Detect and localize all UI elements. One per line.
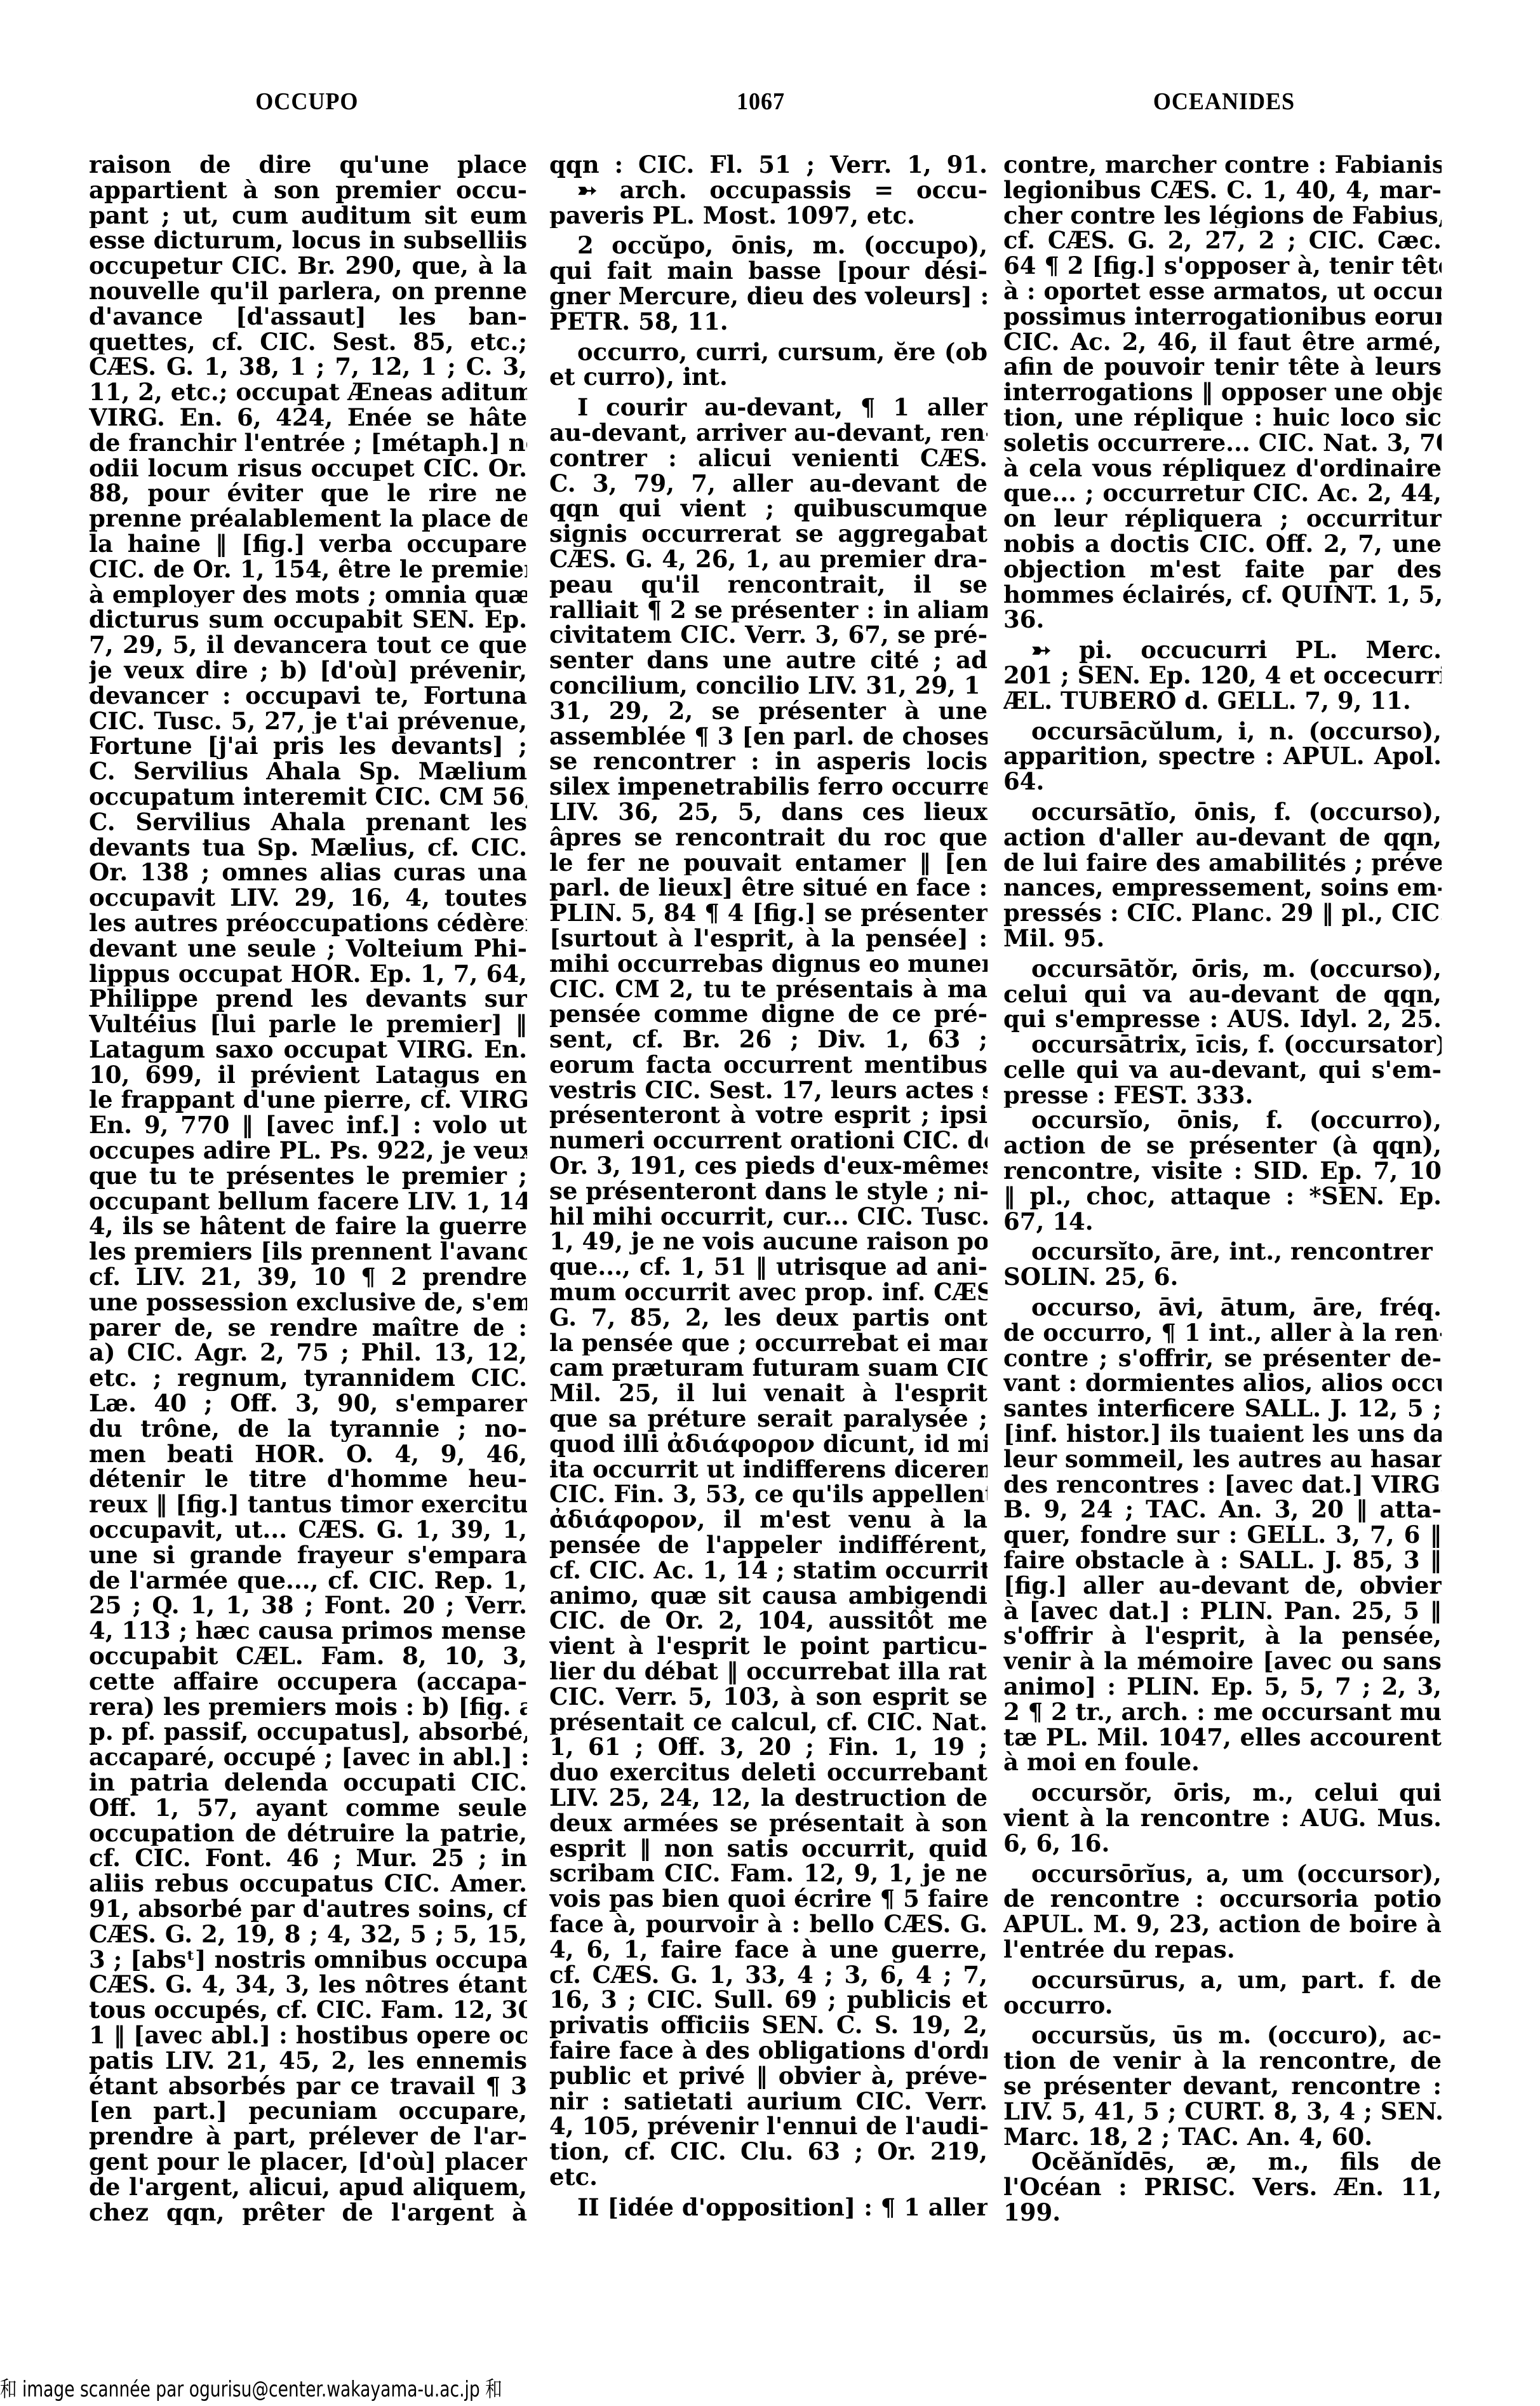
text-line: l'entrée du repas. xyxy=(1003,1937,1442,1963)
text-line: men beati HOR. O. 4, 9, 46, xyxy=(89,1442,527,1467)
text-line: Or. 3, 191, ces pieds d'eux-mêmes xyxy=(549,1153,988,1179)
text-line: qqn qui vient ; quibuscumque xyxy=(549,496,988,521)
text-line: des rencontres : [avec dat.] VIRG. xyxy=(1003,1472,1442,1498)
text-line: 199. xyxy=(1003,2200,1442,2226)
text-line: à [avec dat.] : PLIN. Pan. 25, 5 ‖ xyxy=(1003,1599,1442,1624)
text-line: [inf. histor.] ils tuaient les uns dans xyxy=(1003,1421,1442,1447)
text-line: la haine ‖ [fig.] verba occupare xyxy=(89,532,527,557)
text-line: APUL. M. 9, 23, action de boire à xyxy=(1003,1912,1442,1937)
page-header: OCCUPO 1067 OCEANIDES xyxy=(0,88,1540,126)
text-line: du trône, de la tyrannie ; no- xyxy=(89,1416,527,1442)
scan-credit: 和 image scannée par ogurisu@center.wakay… xyxy=(0,2372,502,2403)
text-line: santes interficere SALL. J. 12, 5 ; xyxy=(1003,1396,1442,1421)
text-line: Philippe prend les devants sur xyxy=(89,986,527,1012)
text-line: cher contre les légions de Fabius, xyxy=(1003,203,1442,229)
text-line: CÆS. G. 1, 38, 1 ; 7, 12, 1 ; C. 3, xyxy=(89,354,527,380)
text-line: esse dicturum, locus in subselliis xyxy=(89,228,527,253)
entry-headline: II [idée d'opposition] : ¶ 1 aller xyxy=(549,2195,988,2221)
text-line: 91, absorbé par d'autres soins, cf. xyxy=(89,1897,527,1922)
text-line: mum occurrit avec prop. inf. CÆS. xyxy=(549,1280,988,1305)
text-line: vois pas bien quoi écrire ¶ 5 faire xyxy=(549,1886,988,1912)
text-line: public et privé ‖ obvier à, préve- xyxy=(549,2064,988,2089)
text-line: occupes adire PL. Ps. 922, je veux xyxy=(89,1138,527,1164)
text-line: occupetur CIC. Br. 290, que, à la xyxy=(89,253,527,279)
text-line: prenne préalablement la place de xyxy=(89,506,527,532)
text-line: et curro), int. xyxy=(549,365,988,390)
text-line: CIC. Tusc. 5, 27, je t'ai prévenue, xyxy=(89,709,527,734)
text-line: se rencontrer : in asperis locis xyxy=(549,749,988,774)
page-number: 1067 xyxy=(737,88,785,116)
text-line: peau qu'il rencontrait, il se xyxy=(549,572,988,598)
entry-headline: I courir au-devant, ¶ 1 aller xyxy=(549,395,988,420)
text-line: quer, fondre sur : GELL. 3, 7, 6 ‖ xyxy=(1003,1522,1442,1548)
text-line: SOLIN. 25, 6. xyxy=(1003,1265,1442,1290)
text-line: reux ‖ [fig.] tantus timor exercitum xyxy=(89,1492,527,1517)
entry-headline: occursĭo, ōnis, f. (occurro), xyxy=(1003,1108,1442,1133)
text-line: cam præturam futuram suam CIC. xyxy=(549,1355,988,1381)
text-line: faire obstacle à : SALL. J. 85, 3 ‖ xyxy=(1003,1548,1442,1573)
text-line: pressés : CIC. Planc. 29 ‖ pl., CIC. xyxy=(1003,901,1442,926)
text-line: devancer : occupavi te, Fortuna xyxy=(89,683,527,709)
text-line: de lui faire des amabilités ; préve- xyxy=(1003,850,1442,876)
text-line: quod illi ἀδιάφορον dicunt, id mihi xyxy=(549,1432,988,1457)
text-line: que..., cf. 1, 51 ‖ utrisque ad ani- xyxy=(549,1254,988,1280)
text-line: accaparé, occupé ; [avec in abl.] : xyxy=(89,1745,527,1770)
text-line: duo exercitus deleti occurrebant xyxy=(549,1760,988,1785)
text-line: 1, 61 ; Off. 3, 20 ; Fin. 1, 19 ; xyxy=(549,1735,988,1760)
text-line: occupavit LIV. 29, 16, 4, toutes xyxy=(89,885,527,911)
text-line: VIRG. En. 6, 424, Enée se hâte xyxy=(89,405,527,431)
text-line: contre, marcher contre : Fabianis xyxy=(1003,152,1442,178)
column-2: qqn : CIC. Fl. 51 ; Verr. 1, 91.➳ arch. … xyxy=(549,152,988,2221)
text-line: celle qui va au-devant, qui s'em- xyxy=(1003,1058,1442,1083)
text-line: Mil. 25, il lui venait à l'esprit xyxy=(549,1381,988,1406)
text-line: hil mihi occurrit, cur... CIC. Tusc. xyxy=(549,1204,988,1230)
text-line: Latagum saxo occupat VIRG. En. xyxy=(89,1037,527,1063)
text-line: le frappant d'une pierre, cf. VIRG. xyxy=(89,1087,527,1113)
text-line: qqn : CIC. Fl. 51 ; Verr. 1, 91. xyxy=(549,152,988,178)
text-line: rencontre, visite : SID. Ep. 7, 10 xyxy=(1003,1159,1442,1184)
text-line: CIC. Fin. 3, 53, ce qu'ils appellent xyxy=(549,1482,988,1507)
text-line: C. Servilius Ahala Sp. Mælium xyxy=(89,759,527,784)
text-line: [surtout à l'esprit, à la pensée] : xyxy=(549,926,988,951)
text-line: se présenteront dans le style ; ni- xyxy=(549,1179,988,1204)
text-line: étant absorbés par ce travail ¶ 3 xyxy=(89,2074,527,2099)
text-line: soletis occurrere... CIC. Nat. 3, 70, xyxy=(1003,431,1442,456)
text-line: patis LIV. 21, 45, 2, les ennemis xyxy=(89,2048,527,2074)
text-line: occupavit, ut... CÆS. G. 1, 39, 1, xyxy=(89,1517,527,1543)
text-line: scribam CIC. Fam. 12, 9, 1, je ne xyxy=(549,1861,988,1886)
text-line: C. 3, 79, 7, aller au-devant de xyxy=(549,471,988,497)
text-line: LIV. 5, 41, 5 ; CURT. 8, 3, 4 ; SEN. xyxy=(1003,2099,1442,2125)
text-line: qui s'empresse : AUS. Idyl. 2, 25. xyxy=(1003,1007,1442,1032)
entry-headline: ➳ pi. occucurri PL. Merc. xyxy=(1003,638,1442,663)
text-line: raison de dire qu'une place xyxy=(89,152,527,178)
text-line: En. 9, 770 ‖ [avec inf.] : volo ut xyxy=(89,1113,527,1138)
text-line: 11, 2, etc.; occupat Æneas aditum xyxy=(89,380,527,405)
text-line: parer de, se rendre maître de : xyxy=(89,1315,527,1341)
text-line: de l'armée que..., cf. CIC. Rep. 1, xyxy=(89,1568,527,1594)
text-line: apparition, spectre : APUL. Apol. xyxy=(1003,744,1442,769)
text-line: 25 ; Q. 1, 1, 38 ; Font. 20 ; Verr. xyxy=(89,1593,527,1618)
text-line: [fig.] aller au-devant de, obvier xyxy=(1003,1573,1442,1599)
text-line: devant une seule ; Volteium Phi- xyxy=(89,936,527,962)
text-line: CIC. CM 2, tu te présentais à ma xyxy=(549,977,988,1002)
text-line: à employer des mots ; omnia quæ xyxy=(89,582,527,608)
text-line: CIC. de Or. 1, 154, être le premier xyxy=(89,557,527,582)
text-line: présentait ce calcul, cf. CIC. Nat. xyxy=(549,1710,988,1735)
text-line: nobis a doctis CIC. Off. 2, 7, une xyxy=(1003,532,1442,557)
text-line: 4, ils se hâtent de faire la guerre xyxy=(89,1214,527,1239)
text-line: PLIN. 5, 84 ¶ 4 [fig.] se présenter xyxy=(549,901,988,926)
text-line: de rencontre : occursoria potio xyxy=(1003,1886,1442,1912)
text-line: 10, 699, il prévient Latagus en xyxy=(89,1063,527,1088)
entry-headline: occurro, curri, cursum, ĕre (ob xyxy=(549,340,988,365)
text-line: 1 ‖ [avec abl.] : hostibus opere occu- xyxy=(89,2023,527,2048)
text-line: à cela vous répliquez d'ordinaire xyxy=(1003,456,1442,481)
text-line: occupant bellum facere LIV. 1, 14, xyxy=(89,1189,527,1214)
text-line: 31, 29, 2, se présenter à une xyxy=(549,699,988,724)
text-line: une si grande frayeur s'empara xyxy=(89,1543,527,1568)
text-line: tion, une réplique : huic loco sic xyxy=(1003,405,1442,431)
text-line: les autres préoccupations cédèrent xyxy=(89,911,527,936)
text-line: pensée de l'appeler indifférent, xyxy=(549,1533,988,1558)
text-line: face à, pourvoir à : bello CÆS. G. xyxy=(549,1912,988,1937)
text-line: contrer : alicui venienti CÆS. xyxy=(549,446,988,471)
text-line: CÆS. G. 4, 26, 1, au premier dra- xyxy=(549,547,988,572)
text-line: rera) les premiers mois : b) [fig. au xyxy=(89,1695,527,1720)
text-line: prendre à part, prélever de l'ar- xyxy=(89,2124,527,2149)
text-line: que sa préture serait paralysée ; xyxy=(549,1406,988,1432)
text-line: Or. 138 ; omnes alias curas una xyxy=(89,860,527,885)
text-line: devants tua Sp. Mælius, cf. CIC. xyxy=(89,835,527,861)
text-line: a) CIC. Agr. 2, 75 ; Phil. 13, 12, xyxy=(89,1340,527,1366)
text-line: silex impenetrabilis ferro occurrebat xyxy=(549,774,988,800)
text-line: 6, 6, 16. xyxy=(1003,1831,1442,1857)
text-line: Vultéius [lui parle le premier] ‖ xyxy=(89,1012,527,1037)
text-line: cf. CIC. Font. 46 ; Mur. 25 ; in xyxy=(89,1846,527,1871)
text-line: in patria delenda occupati CIC. xyxy=(89,1770,527,1796)
text-line: 67, 14. xyxy=(1003,1209,1442,1235)
text-line: nances, empressement, soins em- xyxy=(1003,875,1442,901)
text-line: que tu te présentes le premier ; xyxy=(89,1164,527,1189)
text-line: de l'argent, alicui, apud aliquem, xyxy=(89,2175,527,2200)
text-line: PETR. 58, 11. xyxy=(549,309,988,335)
text-line: presse : FEST. 333. xyxy=(1003,1083,1442,1108)
entry-headline: Ocĕănĭdēs, æ, m., fils de xyxy=(1003,2149,1442,2175)
text-line: possimus interrogationibus eorum xyxy=(1003,304,1442,330)
text-line: cf. CÆS. G. 1, 33, 4 ; 3, 6, 4 ; 7, xyxy=(549,1963,988,1988)
text-line: je veux dire ; b) [d'où] prévenir, xyxy=(89,658,527,683)
text-line: le fer ne pouvait entamer ‖ [en xyxy=(549,850,988,876)
text-line: ἀδιάφορον, il m'est venu à la xyxy=(549,1507,988,1533)
text-line: civitatem CIC. Verr. 3, 67, se pré- xyxy=(549,622,988,648)
text-line: tion de venir à la rencontre, de xyxy=(1003,2048,1442,2074)
text-line: une possession exclusive de, s'em- xyxy=(89,1290,527,1315)
text-line: lippus occupat HOR. Ep. 1, 7, 64, xyxy=(89,962,527,987)
text-line: eorum facta occurrent mentibus xyxy=(549,1052,988,1078)
text-line: vestris CIC. Sest. 17, leurs actes se xyxy=(549,1078,988,1103)
text-line: G. 7, 85, 2, les deux partis ont xyxy=(549,1305,988,1331)
text-line: occurro. xyxy=(1003,1993,1442,2019)
text-line: etc. xyxy=(549,2165,988,2190)
text-line: Marc. 18, 2 ; TAC. An. 4, 60. xyxy=(1003,2125,1442,2150)
text-line: LIV. 25, 24, 12, la destruction de xyxy=(549,1785,988,1811)
entry-headline: occurso, āvi, ātum, āre, fréq. xyxy=(1003,1295,1442,1321)
text-line: contre ; s'offrir, se présenter de- xyxy=(1003,1346,1442,1371)
text-line: CIC. de Or. 2, 104, aussitôt me xyxy=(549,1608,988,1634)
text-line: parl. de lieux] être situé en face : xyxy=(549,875,988,901)
text-line: vant : dormientes alios, alios occur- xyxy=(1003,1371,1442,1396)
text-line: les premiers [ils prennent l'avance], xyxy=(89,1239,527,1265)
entry-headline: ➳ arch. occupassis = occu- xyxy=(549,178,988,203)
text-line: animo] : PLIN. Ep. 5, 5, 7 ; 2, 3, xyxy=(1003,1674,1442,1700)
text-line: occupatum interemit CIC. CM 56, xyxy=(89,784,527,810)
entry-headline: occursātrix, īcis, f. (occursator), xyxy=(1003,1032,1442,1058)
text-line: B. 9, 24 ; TAC. An. 3, 20 ‖ atta- xyxy=(1003,1497,1442,1522)
left-guide-word: OCCUPO xyxy=(255,88,358,116)
entry-headline: 2 occŭpo, ōnis, m. (occupo), xyxy=(549,233,988,259)
text-line: chez qqn, prêter de l'argent à xyxy=(89,2200,527,2226)
text-line: 7, 29, 5, il devancera tout ce que xyxy=(89,633,527,658)
text-line: d'avance [d'assaut] les ban- xyxy=(89,304,527,330)
text-line: cf. CÆS. G. 2, 27, 2 ; CIC. Cæc. xyxy=(1003,228,1442,253)
text-line: détenir le titre d'homme heu- xyxy=(89,1467,527,1492)
text-line: gent pour le placer, [d'où] placer xyxy=(89,2149,527,2175)
text-line: quettes, cf. CIC. Sest. 85, etc.; xyxy=(89,330,527,355)
text-line: celui qui va au-devant de qqn, xyxy=(1003,982,1442,1007)
text-line: 1, 49, je ne vois aucune raison pour xyxy=(549,1229,988,1254)
text-line: 16, 3 ; CIC. Sull. 69 ; publicis et xyxy=(549,1987,988,2013)
text-line: tion, cf. CIC. Clu. 63 ; Or. 219, xyxy=(549,2139,988,2165)
text-line: de occurro, ¶ 1 int., aller à la ren- xyxy=(1003,1321,1442,1346)
text-line: 36. xyxy=(1003,607,1442,633)
text-line: legionibus CÆS. C. 1, 40, 4, mar- xyxy=(1003,178,1442,203)
text-line: qui fait main basse [pour dési- xyxy=(549,259,988,284)
column-3: contre, marcher contre : Fabianislegioni… xyxy=(1003,152,1442,2226)
text-line: à moi en foule. xyxy=(1003,1750,1442,1775)
text-line: ita occurrit ut indifferens dicerem xyxy=(549,1457,988,1482)
text-line: s'offrir à l'esprit, à la pensée, xyxy=(1003,1623,1442,1649)
text-line: CÆS. G. 2, 19, 8 ; 4, 32, 5 ; 5, 15, xyxy=(89,1922,527,1947)
text-line: cette affaire occupera (accapa- xyxy=(89,1669,527,1695)
text-line: cf. CIC. Ac. 1, 14 ; statim occurrit xyxy=(549,1558,988,1583)
text-line: dicturus sum occupabit SEN. Ep. xyxy=(89,607,527,633)
text-line: 88, pour éviter que le rire ne xyxy=(89,481,527,506)
text-line: vient à l'esprit le point particu- xyxy=(549,1634,988,1659)
text-line: aliis rebus occupatus CIC. Amer. xyxy=(89,1871,527,1897)
text-line: animo, quæ sit causa ambigendi xyxy=(549,1583,988,1609)
text-line: Mil. 95. xyxy=(1003,926,1442,951)
text-line: 3 ; [absᵗ] nostris omnibus occupatis xyxy=(89,1947,527,1973)
text-line: 4, 6, 1, faire face à une guerre, xyxy=(549,1937,988,1963)
text-line: CIC. Verr. 5, 103, à son esprit se xyxy=(549,1684,988,1710)
text-line: odii locum risus occupet CIC. Or. xyxy=(89,456,527,481)
text-line: objection m'est faite par des xyxy=(1003,557,1442,582)
text-line: 4, 105, prévenir l'ennui de l'audi- xyxy=(549,2114,988,2139)
text-line: tous occupés, cf. CIC. Fam. 12, 30, xyxy=(89,1998,527,2023)
text-line: Læ. 40 ; Off. 3, 90, s'emparer xyxy=(89,1391,527,1416)
text-line: 2 ¶ 2 tr., arch. : me occursant mul- xyxy=(1003,1700,1442,1725)
text-line: nouvelle qu'il parlera, on prenne xyxy=(89,279,527,304)
text-line: faire face à des obligations d'ordre xyxy=(549,2038,988,2064)
text-line: privatis officiis SEN. C. S. 19, 2, xyxy=(549,2013,988,2038)
text-line: 64 ¶ 2 [fig.] s'opposer à, tenir tête xyxy=(1003,253,1442,279)
text-line: venir à la mémoire [avec ou sans xyxy=(1003,1649,1442,1674)
text-line: mihi occurrebas dignus eo munere xyxy=(549,951,988,977)
entry-headline: occursŭs, ūs m. (occuro), ac- xyxy=(1003,2023,1442,2048)
text-line: gner Mercure, dieu des voleurs] : xyxy=(549,284,988,309)
text-line: leur sommeil, les autres au hasard xyxy=(1003,1447,1442,1472)
text-line: esprit ‖ non satis occurrit, quid xyxy=(549,1836,988,1862)
text-line: la pensée que ; occurrebat ei man- xyxy=(549,1331,988,1356)
text-line: LIV. 36, 25, 5, dans ces lieux xyxy=(549,800,988,825)
text-line: tæ PL. Mil. 1047, elles accourent xyxy=(1003,1725,1442,1751)
text-line: senter dans une autre cité ; ad xyxy=(549,648,988,673)
text-line: pensée comme digne de ce pré- xyxy=(549,1002,988,1027)
text-line: numeri occurrent orationi CIC. de xyxy=(549,1128,988,1153)
text-line: etc. ; regnum, tyrannidem CIC. xyxy=(89,1366,527,1391)
text-line: 64. xyxy=(1003,769,1442,795)
text-line: sent, cf. Br. 26 ; Div. 1, 63 ; xyxy=(549,1027,988,1052)
text-line: paveris PL. Most. 1097, etc. xyxy=(549,203,988,229)
text-line: assemblée ¶ 3 [en parl. de choses] xyxy=(549,724,988,749)
text-line: âpres se rencontrait du roc que xyxy=(549,825,988,850)
entry-headline: occursācŭlum, i, n. (occurso), xyxy=(1003,719,1442,744)
text-line: se présenter devant, rencontre : xyxy=(1003,2074,1442,2099)
text-line: l'Océan : PRISC. Vers. Æn. 11, xyxy=(1003,2175,1442,2200)
text-line: CÆS. G. 4, 34, 3, les nôtres étant xyxy=(89,1972,527,1998)
entry-headline: occursūrus, a, um, part. f. de xyxy=(1003,1968,1442,1993)
text-line: cf. LIV. 21, 39, 10 ¶ 2 prendre xyxy=(89,1265,527,1290)
text-line: Fortune [j'ai pris les devants] ; xyxy=(89,734,527,759)
text-line: ‖ pl., choc, attaque : *SEN. Ep. xyxy=(1003,1184,1442,1209)
text-line: vient à la rencontre : AUG. Mus. xyxy=(1003,1806,1442,1831)
text-line: que... ; occurretur CIC. Ac. 2, 44, xyxy=(1003,481,1442,506)
text-line: au-devant, arriver au-devant, ren- xyxy=(549,420,988,446)
text-line: occupation de détruire la patrie, xyxy=(89,1821,527,1846)
text-line: C. Servilius Ahala prenant les xyxy=(89,810,527,835)
text-line: signis occurrerat se aggregabat xyxy=(549,521,988,547)
text-line: concilium, concilio LIV. 31, 29, 1 ; xyxy=(549,673,988,699)
text-line: p. pf. passif, occupatus], absorbé, xyxy=(89,1719,527,1745)
text-line: interrogations ‖ opposer une objec- xyxy=(1003,380,1442,405)
text-line: 4, 113 ; hæc causa primos menses xyxy=(89,1618,527,1644)
text-line: occupabit CÆL. Fam. 8, 10, 3, xyxy=(89,1644,527,1669)
entry-headline: occursōrĭus, a, um (occursor), xyxy=(1003,1862,1442,1887)
text-line: ralliait ¶ 2 se présenter : in aliam xyxy=(549,598,988,623)
text-line: deux armées se présentait à son xyxy=(549,1811,988,1836)
text-line: hommes éclairés, cf. QUINT. 1, 5, xyxy=(1003,582,1442,608)
text-line: appartient à son premier occu- xyxy=(89,178,527,203)
text-line: action de se présenter (à qqn), xyxy=(1003,1133,1442,1159)
entry-headline: occursĭto, āre, int., rencontrer : xyxy=(1003,1239,1442,1265)
entry-headline: occursŏr, ōris, m., celui qui xyxy=(1003,1780,1442,1806)
text-line: présenteront à votre esprit ; ipsi xyxy=(549,1103,988,1128)
text-line: pant ; ut, cum auditum sit eum xyxy=(89,203,527,229)
column-1: raison de dire qu'une placeappartient à … xyxy=(89,152,527,2225)
text-line: à : oportet esse armatos, ut occurrere xyxy=(1003,279,1442,304)
text-line: ÆL. TUBERO d. GELL. 7, 9, 11. xyxy=(1003,689,1442,714)
entry-headline: occursātĭo, ōnis, f. (occurso), xyxy=(1003,800,1442,825)
text-line: lier du débat ‖ occurrebat illa ratio xyxy=(549,1659,988,1684)
text-line: afin de pouvoir tenir tête à leurs xyxy=(1003,354,1442,380)
text-line: 201 ; SEN. Ep. 120, 4 et occecurrit xyxy=(1003,663,1442,689)
text-line: nir : satietati aurium CIC. Verr. xyxy=(549,2089,988,2114)
right-guide-word: OCEANIDES xyxy=(1153,88,1295,116)
text-line: action d'aller au-devant de qqn, xyxy=(1003,825,1442,850)
text-line: de franchir l'entrée ; [métaph.] ne xyxy=(89,431,527,456)
text-line: [en part.] pecuniam occupare, xyxy=(89,2099,527,2124)
text-line: CIC. Ac. 2, 46, il faut être armé, xyxy=(1003,330,1442,355)
text-line: Off. 1, 57, ayant comme seule xyxy=(89,1796,527,1821)
text-line: on leur répliquera ; occurritur xyxy=(1003,506,1442,532)
entry-headline: occursātŏr, ōris, m. (occurso), xyxy=(1003,957,1442,982)
